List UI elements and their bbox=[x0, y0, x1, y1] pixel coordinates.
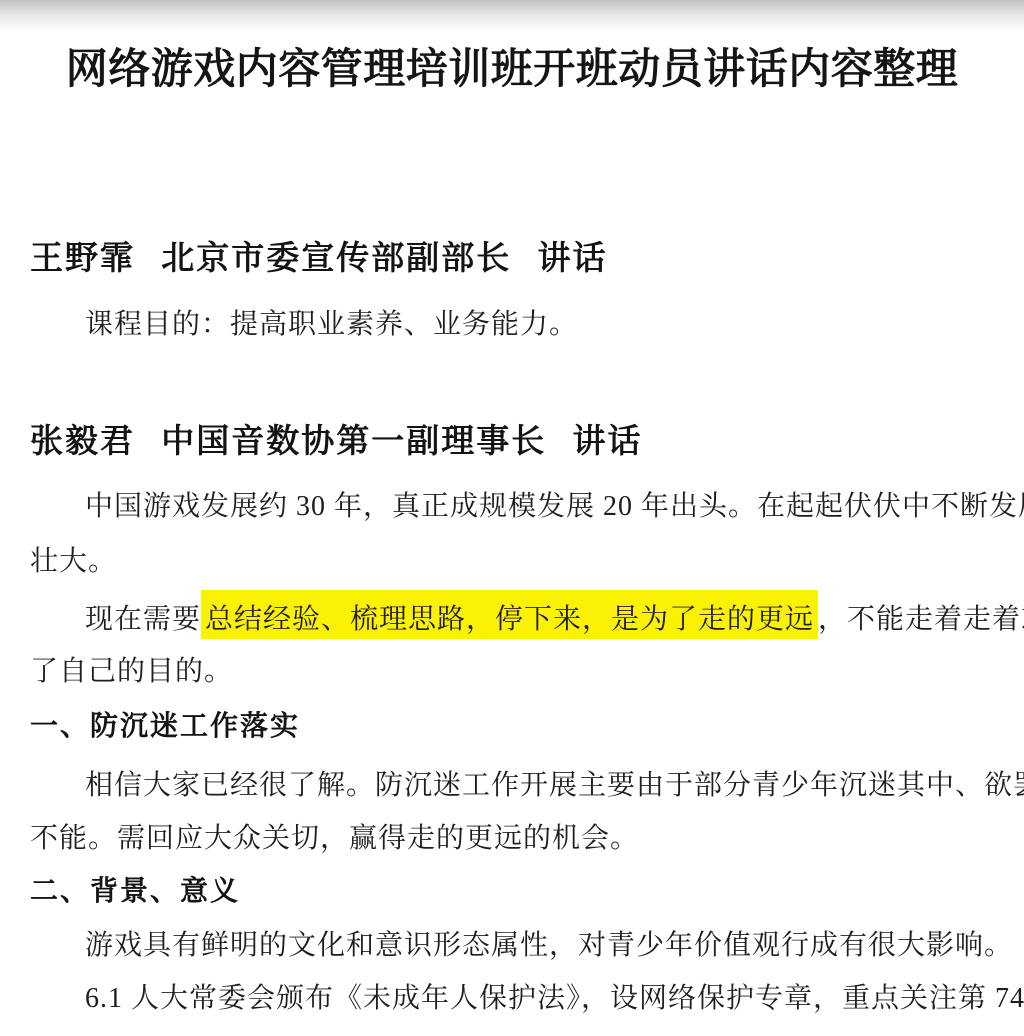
paragraph-line: 不能。需回应大众关切，赢得走的更远的机会。 bbox=[30, 825, 1008, 853]
paragraph-line: 了自己的目的。 bbox=[30, 658, 1008, 686]
paragraph-line: 6.1 人大常委会颁布《未成年人保护法》，设网络保护专章，重点关注第 74、 bbox=[30, 985, 1008, 1013]
document-page: 网络游戏内容管理培训班开班动员讲话内容整理 王野霏 北京市委宣传部副部长 讲话 … bbox=[0, 0, 1024, 1036]
paragraph-line: 课程目的：提高职业素养、业务能力。 bbox=[30, 311, 1008, 339]
paragraph-line: 相信大家已经很了解。防沉迷工作开展主要由于部分青少年沉迷其中、欲罢 bbox=[30, 772, 1008, 800]
highlighted-text: 总结经验、梳理思路，停下来，是为了走的更远 bbox=[201, 590, 818, 639]
speaker-heading-zhang: 张毅君 中国音数协第一副理事长 讲话 bbox=[30, 426, 1008, 459]
paragraph-line: 游戏具有鲜明的文化和意识形态属性，对青少年价值观行成有很大影响。 bbox=[30, 932, 1008, 960]
document-title: 网络游戏内容管理培训班开班动员讲话内容整理 bbox=[0, 36, 1024, 96]
paragraph-line: 现在需要总结经验、梳理思路，停下来，是为了走的更远，不能走着走着忘 bbox=[30, 606, 1008, 634]
sub-heading-point1: 一、防沉迷工作落实 bbox=[30, 713, 1008, 741]
sub-heading-point2: 二、背景、意义 bbox=[30, 878, 1008, 906]
highlight-post-text: ，不能走着走着忘 bbox=[818, 604, 1024, 635]
highlight-pre-text: 现在需要 bbox=[85, 604, 201, 635]
page-top-shade bbox=[0, 0, 1024, 32]
paragraph-line: 壮大。 bbox=[30, 548, 1008, 576]
speaker-heading-wang: 王野霏 北京市委宣传部副部长 讲话 bbox=[30, 243, 1008, 276]
paragraph-line: 中国游戏发展约 30 年，真正成规模发展 20 年出头。在起起伏伏中不断发展、 bbox=[30, 493, 1008, 521]
